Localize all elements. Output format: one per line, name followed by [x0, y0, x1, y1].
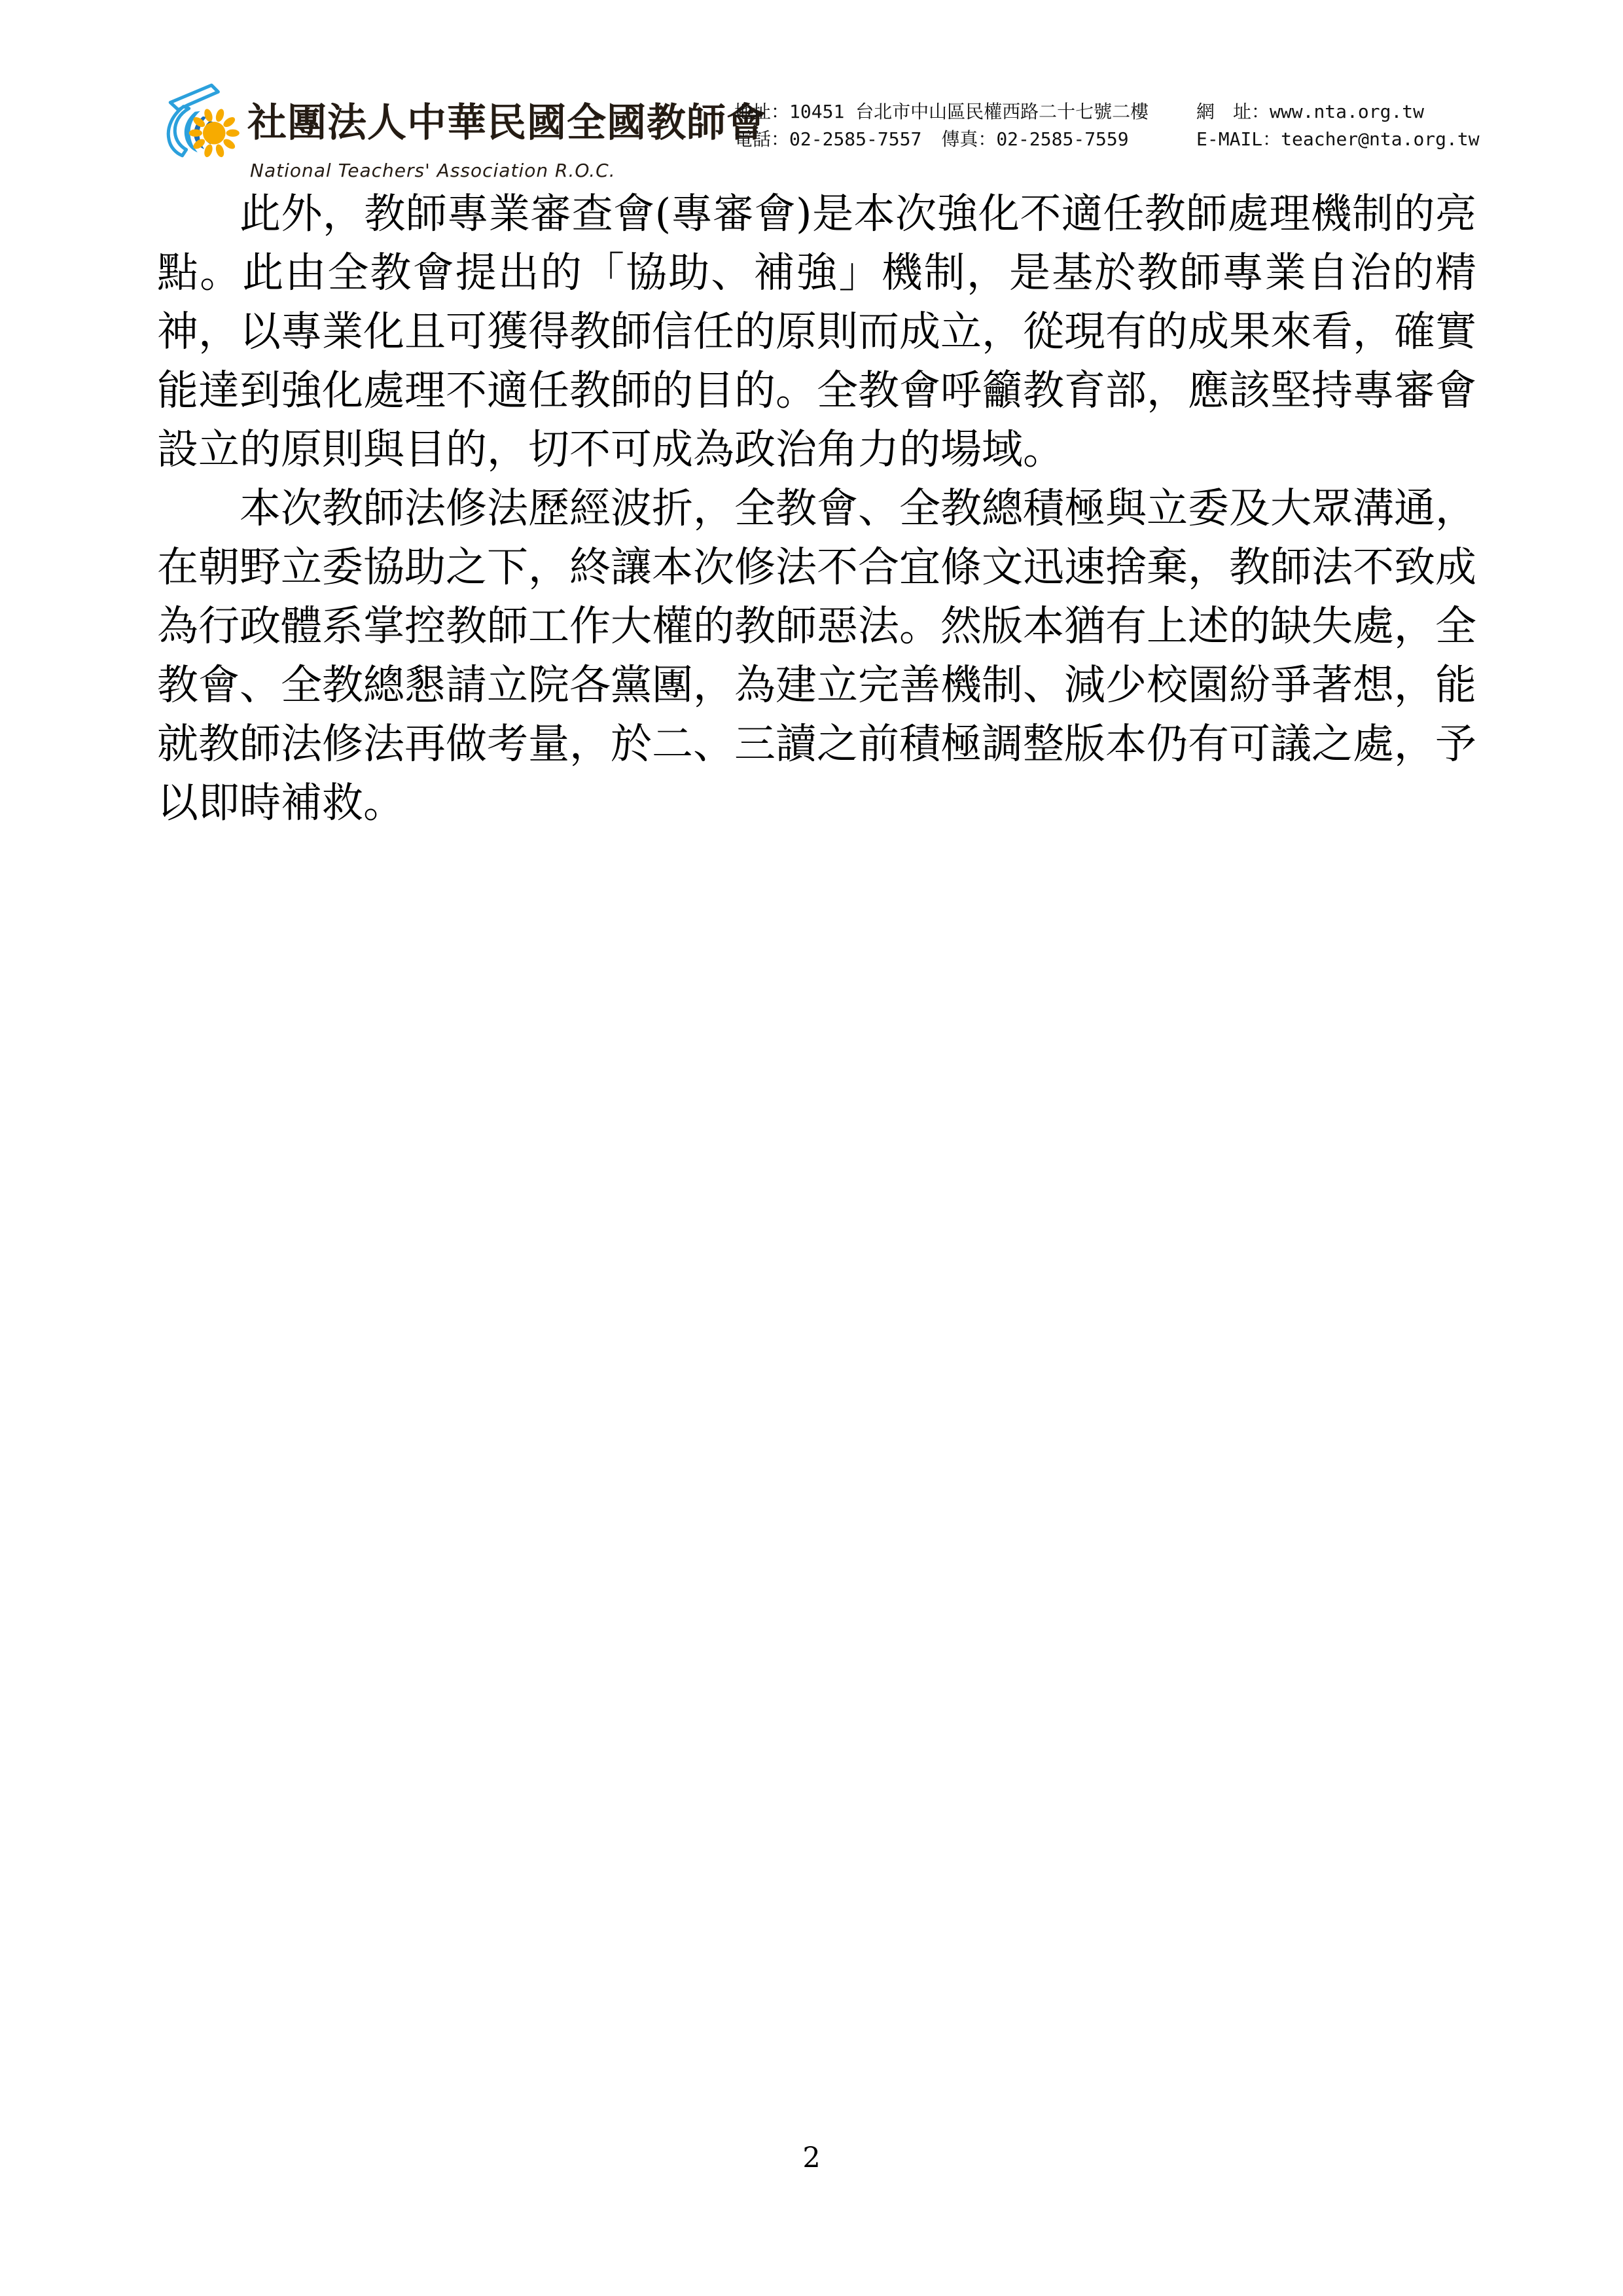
logo-sun-core [203, 122, 226, 145]
paragraph-2: 本次教師法修法歷經波折，全教會、全教總積極與立委及大眾溝通，在朝野立委協助之下，… [157, 479, 1476, 833]
logo-sunflower-icon [189, 108, 240, 158]
phone-label: 電話： [734, 128, 789, 150]
phone-fax-line: 電話：02-2585-7557傳真：02-2585-7559 [734, 126, 1196, 153]
website-label: 網 址： [1196, 101, 1270, 122]
page-number: 2 [0, 2142, 1623, 2174]
nta-logo-icon [164, 79, 243, 165]
phone-value: 02-2585-7557 [789, 128, 921, 150]
email-value: teacher@nta.org.tw [1281, 128, 1479, 150]
org-name-chinese: 社團法人中華民國全國教師會 [247, 92, 758, 148]
contact-info: 地址：10451 台北市中山區民權西路二十七號二樓 網 址：www.nta.or… [734, 98, 1480, 153]
website-value: www.nta.org.tw [1270, 101, 1424, 122]
fax-label: 傳真： [941, 128, 996, 150]
email-label: E-MAIL： [1196, 128, 1281, 150]
address-value: 台北市中山區民權西路二十七號二樓 [855, 101, 1149, 122]
website-line: 網 址：www.nta.org.tw [1196, 98, 1424, 126]
org-name-english: National Teachers' Association R.O.C. [250, 160, 616, 181]
paragraph-1: 此外，教師專業審查會(專審會)是本次強化不適任教師處理機制的亮點。此由全教會提出… [157, 185, 1476, 479]
document-page: 社團法人中華民國全國教師會 National Teachers' Associa… [0, 0, 1623, 2296]
letter-body: 此外，教師專業審查會(專審會)是本次強化不適任教師處理機制的亮點。此由全教會提出… [157, 185, 1476, 833]
contact-row-phone-email: 電話：02-2585-7557傳真：02-2585-7559 E-MAIL：te… [734, 126, 1480, 153]
address-line: 地址：10451 台北市中山區民權西路二十七號二樓 [734, 98, 1196, 126]
fax-value: 02-2585-7559 [996, 128, 1128, 150]
logo-flag-bar [170, 85, 218, 110]
address-label: 地址： [734, 101, 789, 122]
email-line: E-MAIL：teacher@nta.org.tw [1196, 126, 1480, 153]
contact-row-address-web: 地址：10451 台北市中山區民權西路二十七號二樓 網 址：www.nta.or… [734, 98, 1480, 126]
address-zip: 10451 [789, 101, 855, 122]
